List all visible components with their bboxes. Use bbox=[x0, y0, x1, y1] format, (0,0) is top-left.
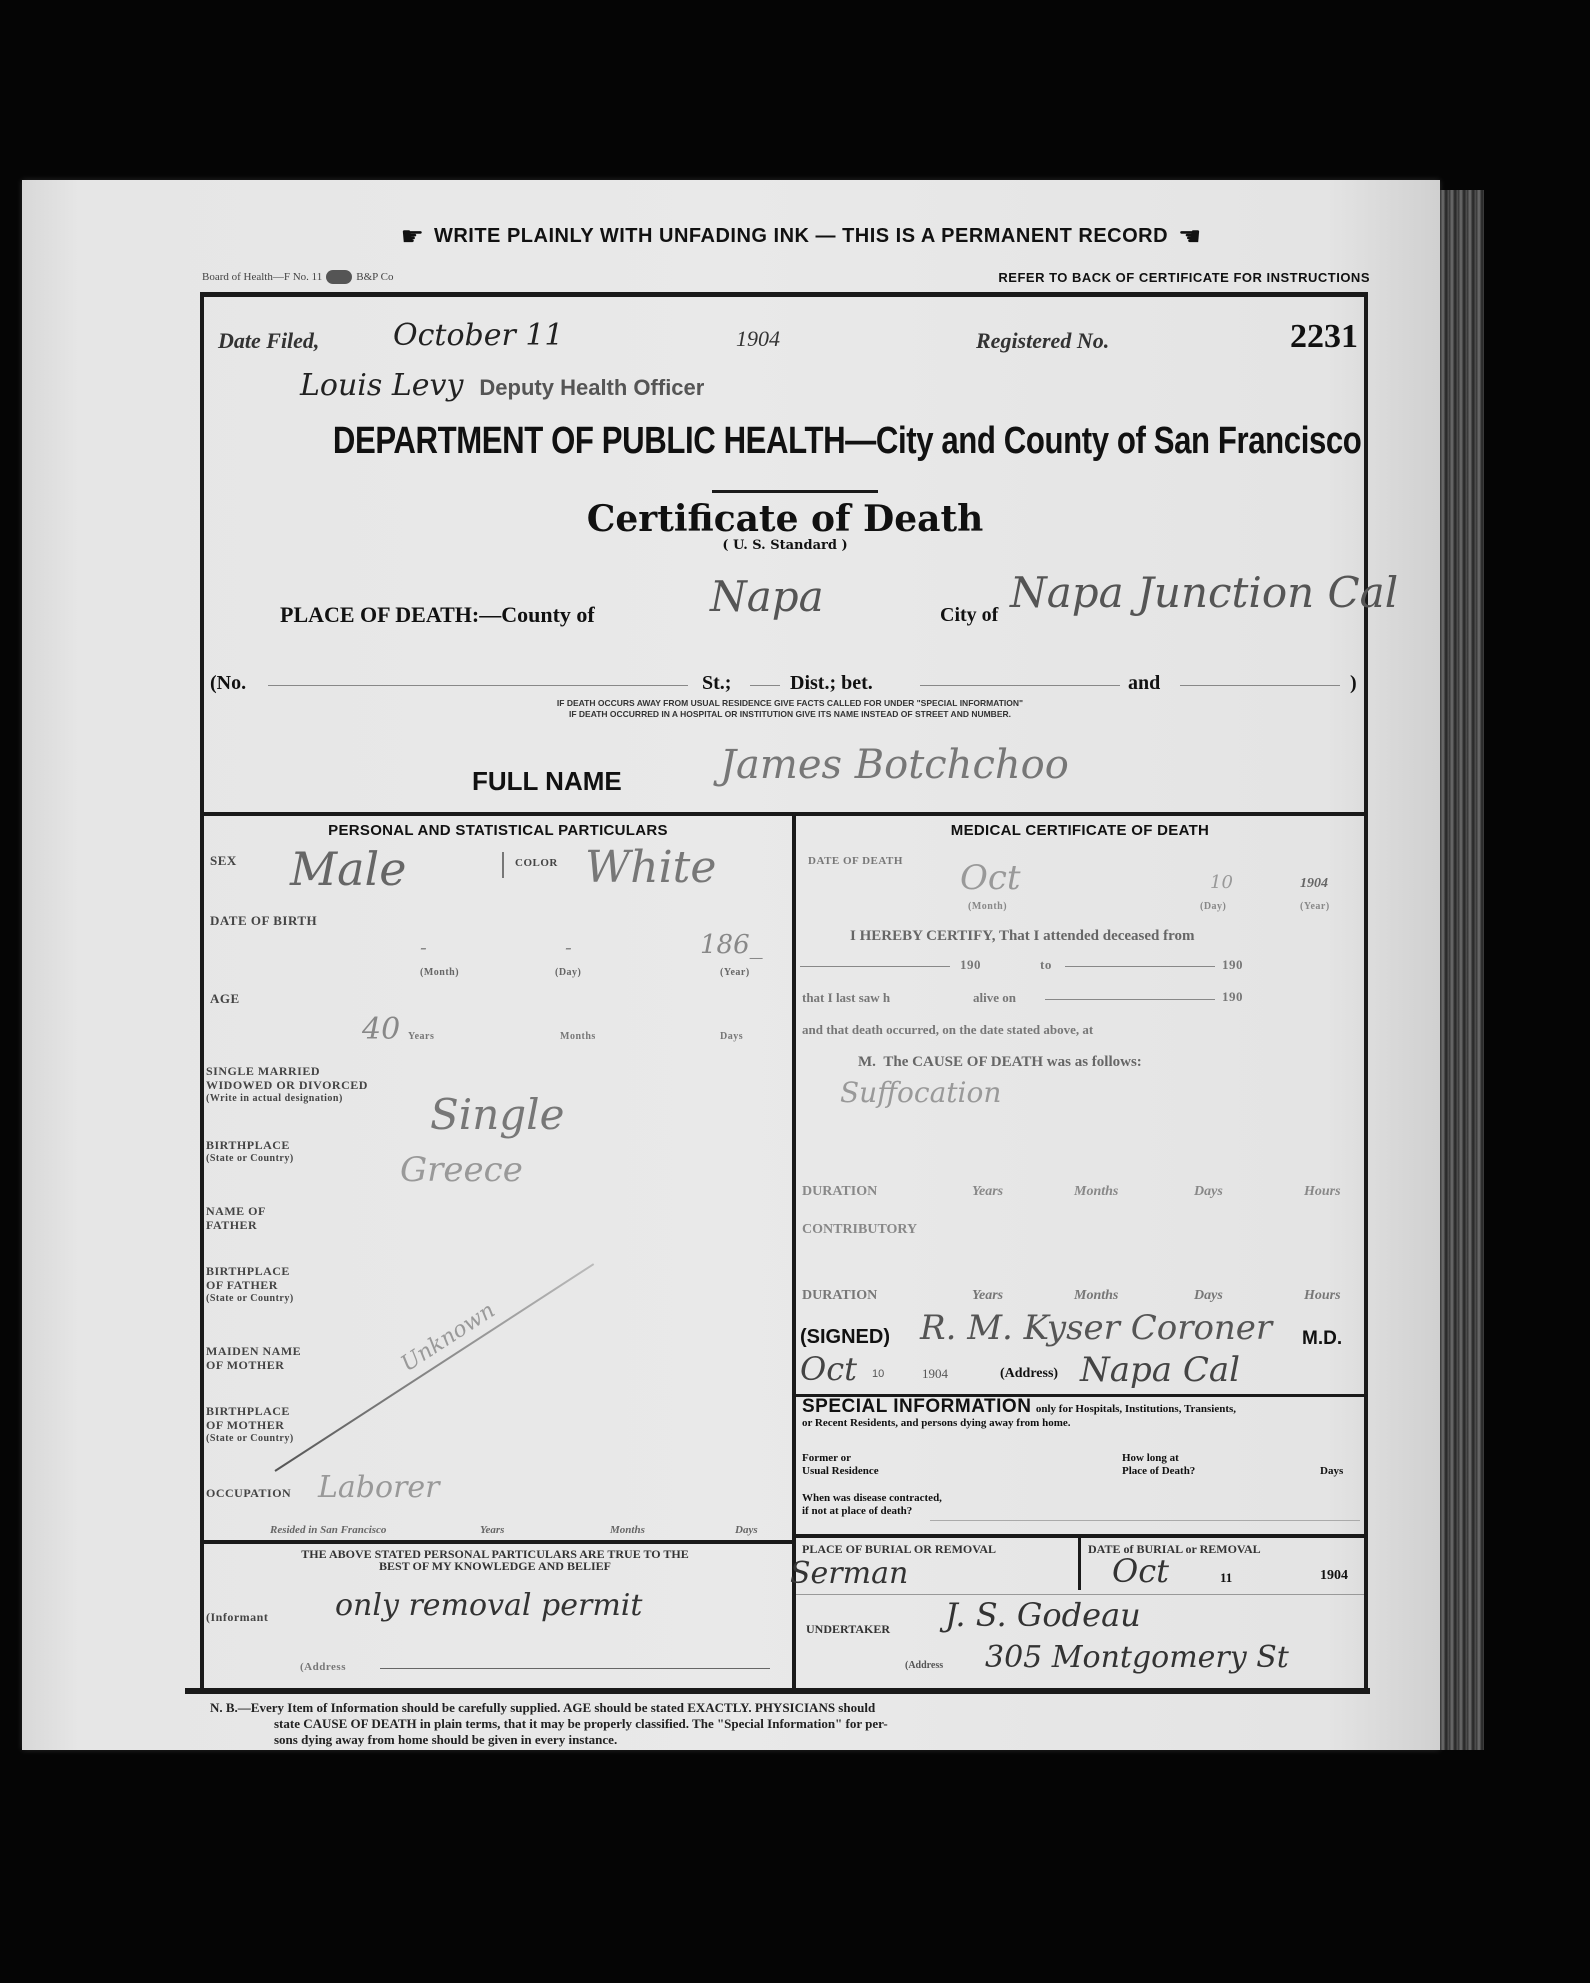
book-page-edges bbox=[1440, 190, 1484, 1750]
county-value: Napa bbox=[710, 572, 824, 621]
sex-value: Male bbox=[290, 842, 406, 896]
mother-maiden-label: MAIDEN NAME OF MOTHER bbox=[206, 1344, 301, 1372]
special-information-heading: SPECIAL INFORMATION only for Hospitals, … bbox=[802, 1400, 1362, 1430]
burial-month-value: Oct bbox=[1112, 1552, 1169, 1590]
physician-signature: R. M. Kyser Coroner bbox=[920, 1308, 1272, 1348]
place-of-death-label: PLACE OF DEATH:—County of bbox=[280, 602, 595, 628]
father-name-label: NAME OF FATHER bbox=[206, 1204, 266, 1232]
birth-year-value: 186_ bbox=[700, 930, 763, 960]
officer-title: Deputy Health Officer bbox=[479, 375, 704, 401]
us-standard-label: ( U. S. Standard ) bbox=[220, 538, 1350, 553]
frame-top bbox=[200, 292, 1368, 297]
pointing-hand-icon: ☛ bbox=[401, 221, 424, 252]
marital-label: SINGLE MARRIED WIDOWED OR DIVORCED (Writ… bbox=[206, 1064, 368, 1106]
cause-value: Suffocation bbox=[840, 1076, 1001, 1109]
officer-signature: Louis Levy bbox=[300, 368, 463, 403]
undertaker-value: J. S. Godeau bbox=[945, 1596, 1141, 1634]
medical-heading: MEDICAL CERTIFICATE OF DEATH bbox=[796, 822, 1364, 839]
duration-row-2: DURATION Years Months Days Hours bbox=[802, 1288, 1362, 1304]
death-day-value: 10 bbox=[1210, 872, 1233, 893]
pointing-hand-left-icon: ☚ bbox=[1178, 221, 1201, 252]
certificate-title: Certificate of Death bbox=[220, 498, 1350, 540]
informant-statement: THE ABOVE STATED PERSONAL PARTICULARS AR… bbox=[200, 1548, 790, 1572]
banner-text: WRITE PLAINLY WITH UNFADING INK — THIS I… bbox=[434, 225, 1168, 248]
burial-day-value: 11 bbox=[1220, 1570, 1232, 1586]
union-label-seal-icon bbox=[326, 270, 352, 284]
officer-row: Louis Levy Deputy Health Officer bbox=[300, 368, 704, 403]
date-filed-value: October 11 bbox=[393, 318, 564, 353]
date-filed-year: 1904 bbox=[736, 326, 780, 352]
section-divider bbox=[200, 812, 1368, 816]
occupation-value: Laborer bbox=[318, 1470, 440, 1505]
frame-bottom bbox=[185, 1688, 1370, 1694]
resided-row: Resided in San Francisco Years Months Da… bbox=[270, 1524, 790, 1536]
filing-row: Date Filed, October 11 1904 Registered N… bbox=[218, 318, 1358, 358]
address-row: (No. St.; Dist.; bet. and ) bbox=[210, 672, 1360, 696]
birthplace-value: Greece bbox=[400, 1150, 523, 1190]
department-title: DEPARTMENT OF PUBLIC HEALTH—City and Cou… bbox=[220, 420, 1350, 463]
full-name-label: FULL NAME bbox=[472, 766, 622, 797]
informant-value: only removal permit bbox=[335, 1588, 642, 1623]
death-month-value: Oct bbox=[960, 858, 1021, 898]
burial-place-value: Serman bbox=[790, 1556, 908, 1591]
marital-value: Single bbox=[430, 1090, 564, 1139]
contracted-label: When was disease contracted, if not at p… bbox=[802, 1492, 942, 1518]
burial-year-value: 1904 bbox=[1320, 1568, 1348, 1584]
form-number: Board of Health—F No. 11 B&P Co bbox=[202, 270, 393, 284]
mother-birthplace-label: BIRTHPLACE OF MOTHER (State or Country) bbox=[206, 1404, 294, 1446]
instructions-note: REFER TO BACK OF CERTIFICATE FOR INSTRUC… bbox=[998, 270, 1370, 285]
certificate-title-block: Certificate of Death ( U. S. Standard ) bbox=[220, 498, 1350, 553]
physician-address: Napa Cal bbox=[1080, 1350, 1240, 1390]
personal-heading: PERSONAL AND STATISTICAL PARTICULARS bbox=[206, 822, 790, 839]
birthplace-label: BIRTHPLACE (State or Country) bbox=[206, 1138, 294, 1166]
undertaker-address: 305 Montgomery St bbox=[985, 1640, 1289, 1675]
duration-row-1: DURATION Years Months Days Hours bbox=[802, 1184, 1362, 1200]
certify-statement: I HEREBY CERTIFY, That I attended deceas… bbox=[850, 928, 1195, 945]
full-name-value: James Botchchoo bbox=[720, 742, 1069, 788]
nb-footer: N. B.—Every Item of Information should b… bbox=[210, 1700, 1270, 1748]
banner: ☛ WRITE PLAINLY WITH UNFADING INK — THIS… bbox=[258, 222, 1344, 250]
color-value: White bbox=[585, 842, 716, 893]
registered-number: 2231 bbox=[1290, 318, 1358, 356]
title-divider bbox=[712, 490, 878, 493]
cause-label: M. The CAUSE OF DEATH was as follows: bbox=[858, 1054, 1142, 1071]
frame-left bbox=[200, 292, 204, 1692]
death-year-value: 1904 bbox=[1300, 876, 1328, 892]
former-residence-label: Former or Usual Residence bbox=[802, 1452, 879, 1478]
age-value: 40 bbox=[362, 1012, 400, 1047]
city-value: Napa Junction Cal bbox=[1010, 568, 1398, 617]
father-birthplace-label: BIRTHPLACE OF FATHER (State or Country) bbox=[206, 1264, 294, 1306]
how-long-label: How long at Place of Death? bbox=[1122, 1452, 1195, 1478]
frame-right bbox=[1364, 292, 1368, 1692]
residence-note: IF DEATH OCCURS AWAY FROM USUAL RESIDENC… bbox=[340, 698, 1240, 720]
signed-date-row: Oct 10 1904 (Address) Napa Cal bbox=[800, 1350, 1360, 1390]
